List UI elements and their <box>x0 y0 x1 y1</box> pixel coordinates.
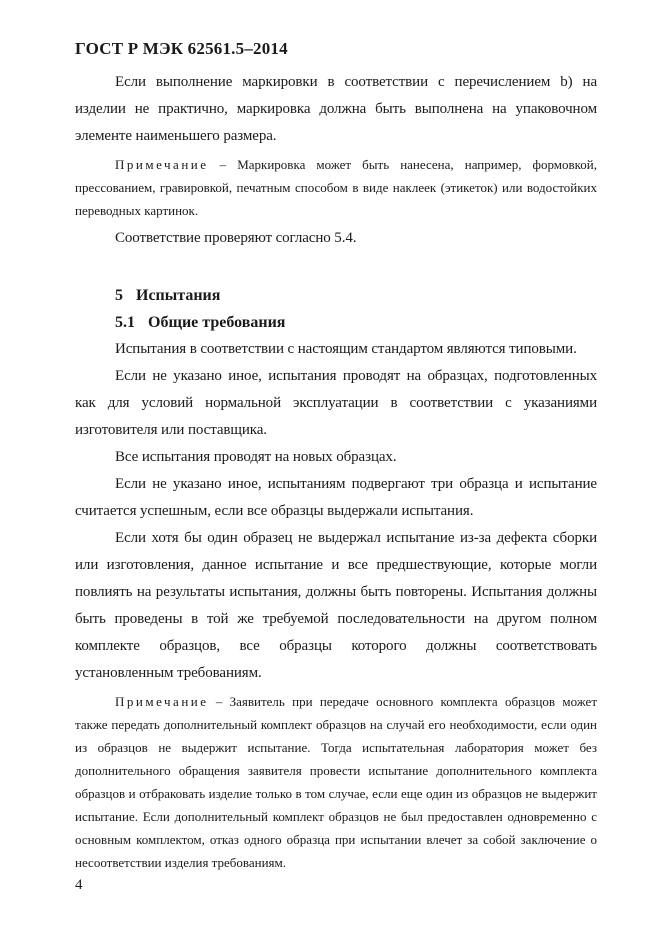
document-page: ГОСТ Р МЭК 62561.5–2014 Если выполнение … <box>0 0 661 935</box>
subsection-heading-general-requirements: 5.1Общие требования <box>75 309 597 336</box>
paragraph-samples-preparation: Если не указано иное, испытания проводят… <box>75 363 597 444</box>
page-number: 4 <box>75 875 83 895</box>
section-heading-tests: 5Испытания <box>75 282 597 309</box>
note-label: Примечание <box>115 694 209 709</box>
note-text: Заявитель при передаче основного комплек… <box>75 694 597 870</box>
note-label: Примечание <box>115 157 209 172</box>
section-number: 5 <box>115 282 123 309</box>
paragraph-new-samples: Все испытания проводят на новых образцах… <box>75 444 597 471</box>
note-dash: – <box>216 694 223 709</box>
paragraph-marking: Если выполнение маркировки в соответстви… <box>75 69 597 150</box>
subsection-number: 5.1 <box>115 309 135 336</box>
document-body: Если выполнение маркировки в соответстви… <box>75 69 597 874</box>
document-title: ГОСТ Р МЭК 62561.5–2014 <box>75 38 597 60</box>
paragraph-failure-retest: Если хотя бы один образец не выдержал ис… <box>75 525 597 687</box>
note-additional-samples: Примечание – Заявитель при передаче осно… <box>75 690 597 874</box>
note-dash: – <box>220 157 227 172</box>
note-marking: Примечание – Маркировка может быть нанес… <box>75 153 597 222</box>
section-title-text: Испытания <box>136 287 220 304</box>
paragraph-typical-tests: Испытания в соответствии с настоящим ста… <box>75 336 597 363</box>
paragraph-three-samples: Если не указано иное, испытаниям подверг… <box>75 471 597 525</box>
paragraph-conformity: Соответствие проверяют согласно 5.4. <box>75 225 597 252</box>
subsection-title-text: Общие требования <box>148 314 285 331</box>
